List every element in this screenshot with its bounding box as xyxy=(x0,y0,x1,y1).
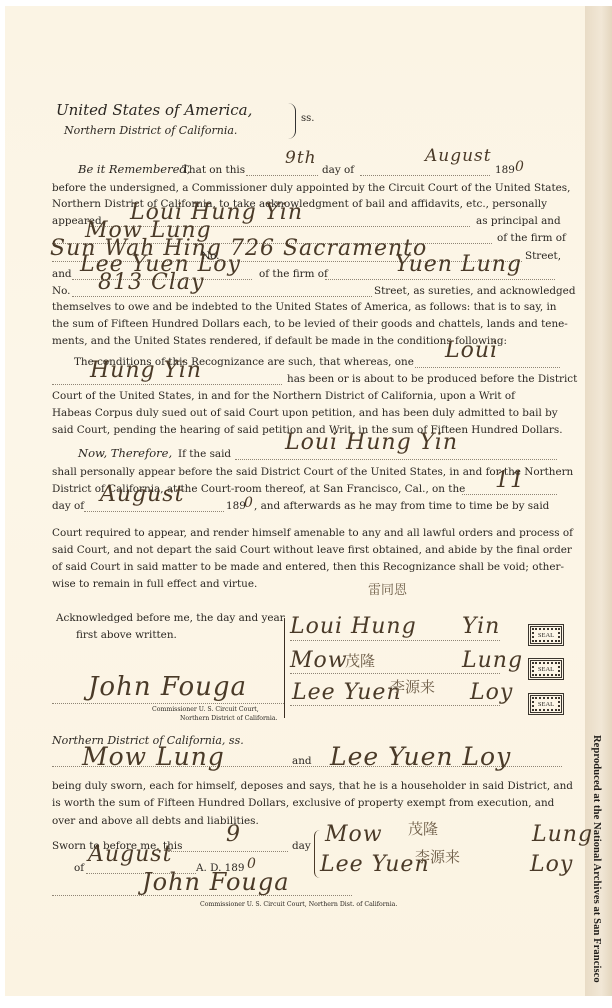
intro-lead: Be it Remembered, xyxy=(78,162,190,176)
intro-text: day of xyxy=(322,164,354,176)
sworn-day-line xyxy=(168,851,288,852)
affidavit-commissioner-title: Commissioner U. S. Circuit Court, Northe… xyxy=(200,901,397,908)
address2: 813 Clay xyxy=(98,270,204,295)
therefore-text: Court required to appear, and render him… xyxy=(52,527,573,539)
defendant-line-b xyxy=(52,384,282,385)
therefore-text: , and afterwards as he may from time to … xyxy=(254,500,549,512)
signature-line-2 xyxy=(290,673,500,674)
sworn-text: day xyxy=(292,840,311,852)
affidavit-sig1-first: Mow xyxy=(325,822,383,847)
sworn-of: of xyxy=(74,862,84,874)
therefore-day: 11 xyxy=(495,468,525,493)
defendant-line-a xyxy=(415,367,560,368)
signature-surety2-chinese: 李源来 xyxy=(390,676,435,697)
conditions-text: Habeas Corpus duly sued out of said Cour… xyxy=(52,407,558,419)
seal-box: SEAL xyxy=(528,693,564,715)
therefore-name: Loui Hung Yin xyxy=(285,430,458,455)
signature-principal-last: Yin xyxy=(462,614,500,639)
intro-month: August xyxy=(425,146,492,166)
intro-day: 9th xyxy=(285,148,317,168)
signature-surety1-last: Lung xyxy=(462,648,523,673)
commissioner-title: Commissioner U. S. Circuit Court, xyxy=(152,706,259,713)
therefore-text: day of xyxy=(52,500,84,512)
header-country: United States of America, xyxy=(56,101,252,119)
defendant-name-a: Loui xyxy=(445,338,498,363)
seal-box: SEAL xyxy=(528,658,564,680)
commissioner-line xyxy=(52,703,284,704)
affidavit-sig1-chinese: 茂隆 xyxy=(408,818,438,839)
archive-note: Reproduced at the National Archives at S… xyxy=(591,735,602,983)
therefore-year-prefix: 189 xyxy=(226,500,246,512)
therefore-text: If the said xyxy=(178,448,231,460)
conditions-text: has been or is about to be produced befo… xyxy=(287,373,577,385)
address2-line xyxy=(72,296,372,297)
firm-label: of the firm of xyxy=(259,268,328,280)
firm2-name: Yuen Lung xyxy=(395,252,522,277)
affidavit-sig1-last: Lung xyxy=(532,822,593,847)
therefore-month: August xyxy=(100,482,184,507)
street-label: Street, xyxy=(525,250,561,262)
intro-text: as principal and xyxy=(476,215,561,227)
intro-text: of the firm of xyxy=(497,232,566,244)
signature-line-1 xyxy=(290,640,500,641)
day-line xyxy=(246,175,318,176)
conditions-text: Court of the United States, in and for t… xyxy=(52,390,515,402)
defendant-name-b: Hung Yin xyxy=(90,358,202,383)
affidavit-text: being duly sworn, each for himself, depo… xyxy=(52,780,573,792)
acknowledgment-text: first above written. xyxy=(76,629,177,641)
intro-text: Street, as sureties, and acknowledged xyxy=(374,285,575,297)
signature-line-3 xyxy=(290,705,500,706)
intro-text: the sum of Fifteen Hundred Dollars each,… xyxy=(52,318,568,330)
month-line xyxy=(360,175,490,176)
and-label: and xyxy=(52,268,72,280)
therefore-text: of said Court in said matter to be made … xyxy=(52,561,564,573)
affidavit-and: and xyxy=(292,755,312,767)
acknowledgment-text: Acknowledged before me, the day and year xyxy=(56,612,285,624)
no-label: No. xyxy=(52,285,70,297)
signature-surety2-first: Lee Yuen xyxy=(292,680,402,705)
intro-text: That on this xyxy=(182,164,245,176)
intro-text: ments, and the United States rendered, i… xyxy=(52,335,507,347)
therefore-day-line xyxy=(462,494,557,495)
seal-box: SEAL xyxy=(528,624,564,646)
affidavit-sig2-first: Lee Yuen xyxy=(320,852,430,877)
affidavit-commissioner-signature: John Fouga xyxy=(142,868,290,896)
affidavit-text: is worth the sum of Fifteen Hundred Doll… xyxy=(52,797,554,809)
brace xyxy=(287,103,296,139)
intro-text: before the undersigned, a Commissioner d… xyxy=(52,182,570,194)
therefore-text: said Court, and not depart the said Cour… xyxy=(52,544,572,556)
signature-surety1-chinese: 茂隆 xyxy=(345,650,375,671)
therefore-year-suffix: 0 xyxy=(244,495,254,511)
header-ss: ss. xyxy=(301,113,314,124)
signature-surety2-last: Loy xyxy=(470,680,513,705)
intro-year-prefix: 189 xyxy=(495,164,515,176)
commissioner-signature: John Fouga xyxy=(88,672,247,702)
firm2-line xyxy=(325,279,555,280)
header-district: Northern District of California. xyxy=(64,124,237,137)
intro-text: themselves to owe and be indebted to the… xyxy=(52,301,556,313)
affidavit-sig2-chinese: 李源来 xyxy=(415,846,460,867)
affidavit-surety2: Lee Yuen Loy xyxy=(330,742,511,771)
therefore-name-line xyxy=(235,459,557,460)
signature-principal-first: Loui Hung xyxy=(290,614,417,639)
sworn-month: August xyxy=(88,842,172,867)
affidavit-sig2-last: Loy xyxy=(530,852,573,877)
signature-surety1-first: Mow xyxy=(290,648,348,673)
commissioner-title: Northern District of California. xyxy=(180,715,278,722)
therefore-lead: Now, Therefore, xyxy=(78,446,172,460)
therefore-month-line xyxy=(84,511,224,512)
intro-year-suffix: 0 xyxy=(515,159,525,175)
chinese-principal-name: 雷同恩 xyxy=(368,579,407,598)
affidavit-surety1: Mow Lung xyxy=(82,742,225,771)
sworn-day: 9 xyxy=(226,822,241,847)
affidavit-brace xyxy=(314,830,323,878)
therefore-text: wise to remain in full effect and virtue… xyxy=(52,578,257,590)
signature-bracket xyxy=(284,618,285,718)
